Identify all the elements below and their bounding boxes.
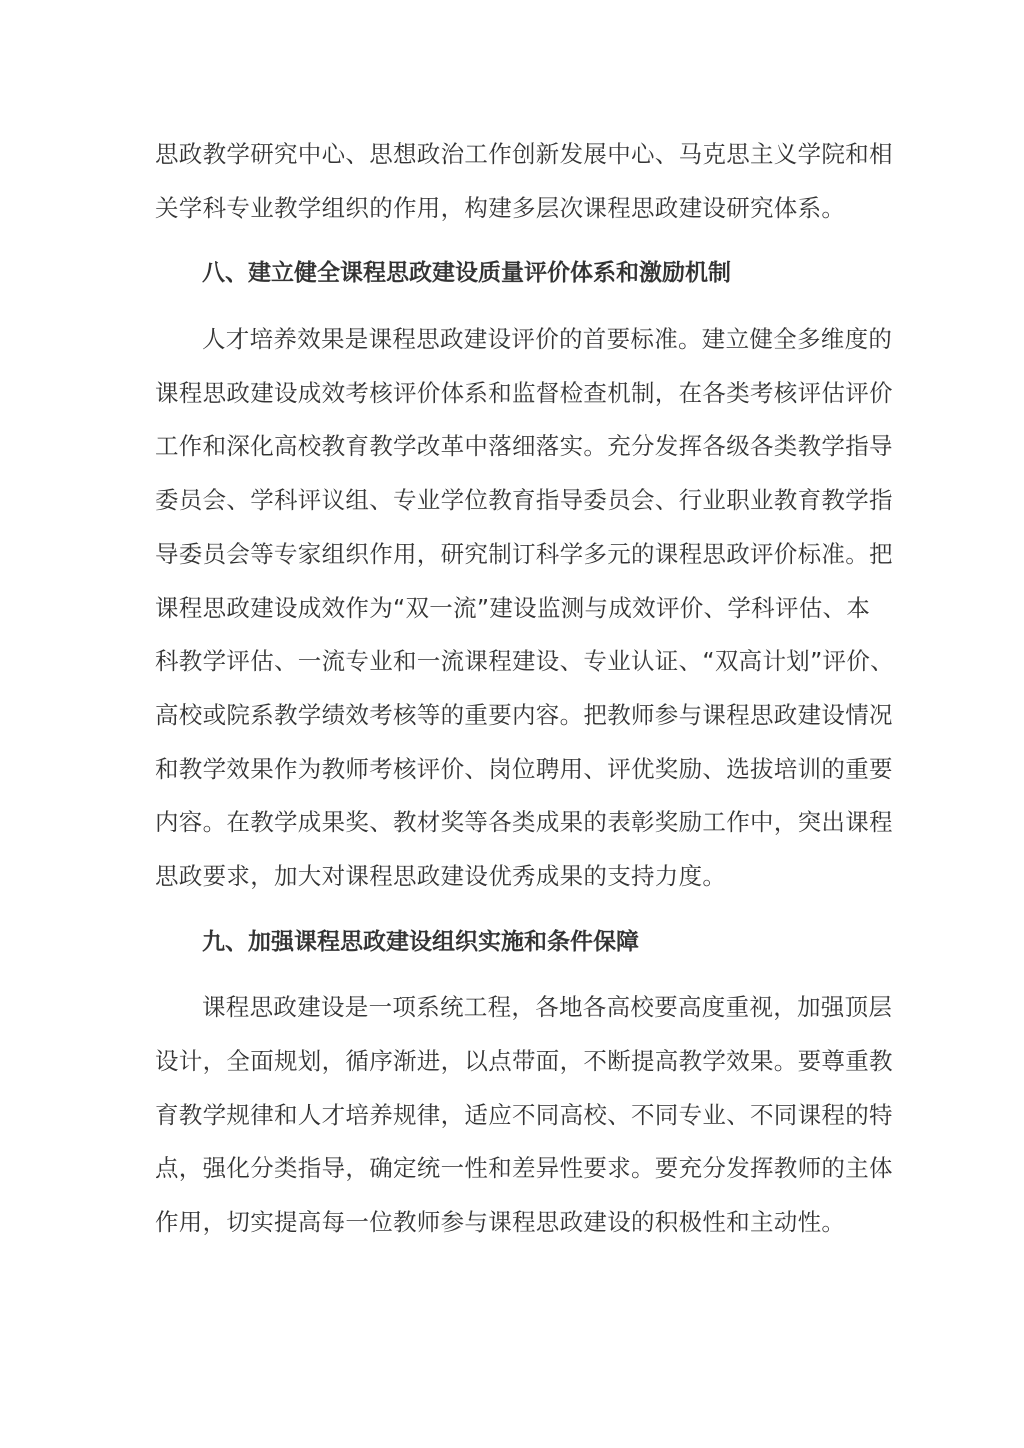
text-line: 导委员会等专家组织作用，研究制订科学多元的课程思政评价标准。把 xyxy=(155,528,871,582)
text-line: 思政要求，加大对课程思政建设优秀成果的支持力度。 xyxy=(155,850,871,904)
text-line: 课程思政建设成效考核评价体系和监督检查机制，在各类考核评估评价 xyxy=(155,367,871,421)
text-line: 和教学效果作为教师考核评价、岗位聘用、评优奖励、选拔培训的重要 xyxy=(155,743,871,797)
text-line: 课程思政建设成效作为“双一流”建设监测与成效评价、学科评估、本 xyxy=(155,582,871,636)
text-line: 设计，全面规划，循序渐进，以点带面，不断提高教学效果。要尊重教 xyxy=(155,1035,871,1089)
paragraph-section-8: 人才培养效果是课程思政建设评价的首要标准。建立健全多维度的 课程思政建设成效考核… xyxy=(155,313,871,904)
text-line: 科教学评估、一流专业和一流课程建设、专业认证、“双高计划”评价、 xyxy=(155,635,871,689)
paragraph-continuation: 思政教学研究中心、思想政治工作创新发展中心、马克思主义学院和相 关学科专业教学组… xyxy=(155,128,871,235)
text-line: 高校或院系教学绩效考核等的重要内容。把教师参与课程思政建设情况 xyxy=(155,689,871,743)
section-heading-9: 九、加强课程思政建设组织实施和条件保障 xyxy=(155,916,871,970)
text-line: 内容。在教学成果奖、教材奖等各类成果的表彰奖励工作中，突出课程 xyxy=(155,796,871,850)
text-line: 思政教学研究中心、思想政治工作创新发展中心、马克思主义学院和相 xyxy=(155,128,871,182)
text-line: 作用，切实提高每一位教师参与课程思政建设的积极性和主动性。 xyxy=(155,1196,871,1250)
paragraph-section-9: 课程思政建设是一项系统工程，各地各高校要高度重视，加强顶层 设计，全面规划，循序… xyxy=(155,981,871,1249)
text-line: 点，强化分类指导，确定统一性和差异性要求。要充分发挥教师的主体 xyxy=(155,1142,871,1196)
text-line: 课程思政建设是一项系统工程，各地各高校要高度重视，加强顶层 xyxy=(155,981,871,1035)
text-line: 育教学规律和人才培养规律，适应不同高校、不同专业、不同课程的特 xyxy=(155,1089,871,1143)
document-page: 思政教学研究中心、思想政治工作创新发展中心、马克思主义学院和相 关学科专业教学组… xyxy=(155,128,871,1250)
text-line: 人才培养效果是课程思政建设评价的首要标准。建立健全多维度的 xyxy=(155,313,871,367)
text-line: 工作和深化高校教育教学改革中落细落实。充分发挥各级各类教学指导 xyxy=(155,420,871,474)
text-line: 关学科专业教学组织的作用，构建多层次课程思政建设研究体系。 xyxy=(155,182,871,236)
section-heading-8: 八、建立健全课程思政建设质量评价体系和激励机制 xyxy=(155,247,871,301)
text-line: 委员会、学科评议组、专业学位教育指导委员会、行业职业教育教学指 xyxy=(155,474,871,528)
